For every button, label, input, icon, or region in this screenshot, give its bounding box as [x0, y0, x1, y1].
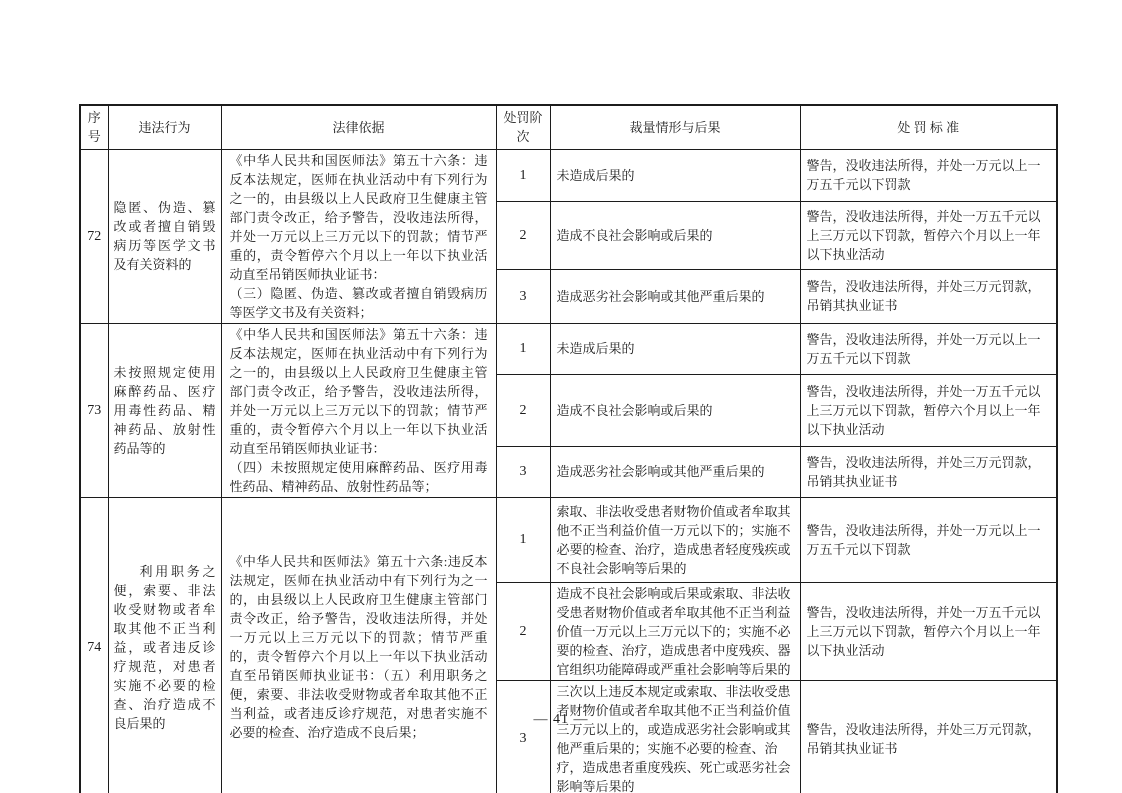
- row74-circumstance-1: 索取、非法收受患者财物价值或者牟取其他不正当利益价值一万元以下的；实施不必要的检…: [550, 497, 800, 582]
- row73-circumstance-1: 未造成后果的: [550, 323, 800, 375]
- col-header-circumstance: 裁量情形与后果: [550, 105, 800, 149]
- row73-behavior: 未按照规定使用麻醉药品、医疗用毒性药品、精神药品、放射性药品等的: [108, 323, 221, 497]
- row72-standard-2: 警告，没收违法所得，并处一万五千元以上三万元以下罚款，暂停六个月以上一年以下执业…: [800, 202, 1057, 269]
- row74-behavior: 利用职务之便，索要、非法收受财物或者牟取其他不正当利益，或者违反诊疗规范，对患者…: [108, 497, 221, 793]
- row73-no: 73: [80, 323, 108, 497]
- row74-level-1: 1: [496, 497, 550, 582]
- row73-standard-1: 警告，没收违法所得，并处一万元以上一万五千元以下罚款: [800, 323, 1057, 375]
- row74-standard-3: 警告，没收违法所得，并处三万元罚款，吊销其执业证书: [800, 680, 1057, 793]
- row74-legal-basis: 《中华人民共和医师法》第五十六条:违反本法规定，医师在执业活动中有下列行为之一的…: [221, 497, 496, 793]
- row74-no: 74: [80, 497, 108, 793]
- row74-standard-1: 警告，没收违法所得，并处一万元以上一万五千元以下罚款: [800, 497, 1057, 582]
- row74-circumstance-3: 三次以上违反本规定或索取、非法收受患者财物价值或者牟取其他不正当利益价值三万元以…: [550, 680, 800, 793]
- row72-no: 72: [80, 149, 108, 323]
- row73-level-2: 2: [496, 375, 550, 447]
- row72-circumstance-1: 未造成后果的: [550, 149, 800, 202]
- table-row: 74 利用职务之便，索要、非法收受财物或者牟取其他不正当利益，或者违反诊疗规范，…: [80, 497, 1057, 582]
- col-header-legal-basis: 法律依据: [221, 105, 496, 149]
- row72-standard-3: 警告，没收违法所得，并处三万元罚款，吊销其执业证书: [800, 269, 1057, 323]
- col-header-standard: 处 罚 标 准: [800, 105, 1057, 149]
- row73-level-1: 1: [496, 323, 550, 375]
- row72-legal-basis: 《中华人民共和国医师法》第五十六条：违反本法规定，医师在执业活动中有下列行为之一…: [221, 149, 496, 323]
- page-number: — 41 —: [0, 712, 1122, 728]
- row73-level-3: 3: [496, 447, 550, 497]
- row74-standard-2: 警告，没收违法所得，并处一万五千元以上三万元以下罚款，暂停六个月以上一年以下执业…: [800, 582, 1057, 680]
- table-header: 序号 违法行为 法律依据 处罚阶次 裁量情形与后果 处 罚 标 准: [80, 105, 1057, 149]
- row73-standard-2: 警告，没收违法所得，并处一万五千元以上三万元以下罚款，暂停六个月以上一年以下执业…: [800, 375, 1057, 447]
- table-row: 73 未按照规定使用麻醉药品、医疗用毒性药品、精神药品、放射性药品等的 《中华人…: [80, 323, 1057, 375]
- penalty-discretion-table: 序号 违法行为 法律依据 处罚阶次 裁量情形与后果 处 罚 标 准 72 隐匿、…: [79, 104, 1058, 793]
- row73-circumstance-3: 造成恶劣社会影响或其他严重后果的: [550, 447, 800, 497]
- header-row: 序号 违法行为 法律依据 处罚阶次 裁量情形与后果 处 罚 标 准: [80, 105, 1057, 149]
- table-row: 72 隐匿、伪造、篡改或者擅自销毁病历等医学文书及有关资料的 《中华人民共和国医…: [80, 149, 1057, 202]
- row72-circumstance-2: 造成不良社会影响或后果的: [550, 202, 800, 269]
- row74-level-3: 3: [496, 680, 550, 793]
- row72-level-3: 3: [496, 269, 550, 323]
- row74-level-2: 2: [496, 582, 550, 680]
- row72-behavior: 隐匿、伪造、篡改或者擅自销毁病历等医学文书及有关资料的: [108, 149, 221, 323]
- row72-level-1: 1: [496, 149, 550, 202]
- row72-circumstance-3: 造成恶劣社会影响或其他严重后果的: [550, 269, 800, 323]
- row74-circumstance-2: 造成不良社会影响或后果或索取、非法收受患者财物价值或者牟取其他不正当利益价值一万…: [550, 582, 800, 680]
- row72-level-2: 2: [496, 202, 550, 269]
- col-header-no: 序号: [80, 105, 108, 149]
- row73-standard-3: 警告，没收违法所得，并处三万元罚款，吊销其执业证书: [800, 447, 1057, 497]
- col-header-level: 处罚阶次: [496, 105, 550, 149]
- row73-legal-basis: 《中华人民共和国医师法》第五十六条：违反本法规定，医师在执业活动中有下列行为之一…: [221, 323, 496, 497]
- document-page: 序号 违法行为 法律依据 处罚阶次 裁量情形与后果 处 罚 标 准 72 隐匿、…: [0, 0, 1122, 793]
- col-header-behavior: 违法行为: [108, 105, 221, 149]
- row72-standard-1: 警告，没收违法所得，并处一万元以上一万五千元以下罚款: [800, 149, 1057, 202]
- row73-circumstance-2: 造成不良社会影响或后果的: [550, 375, 800, 447]
